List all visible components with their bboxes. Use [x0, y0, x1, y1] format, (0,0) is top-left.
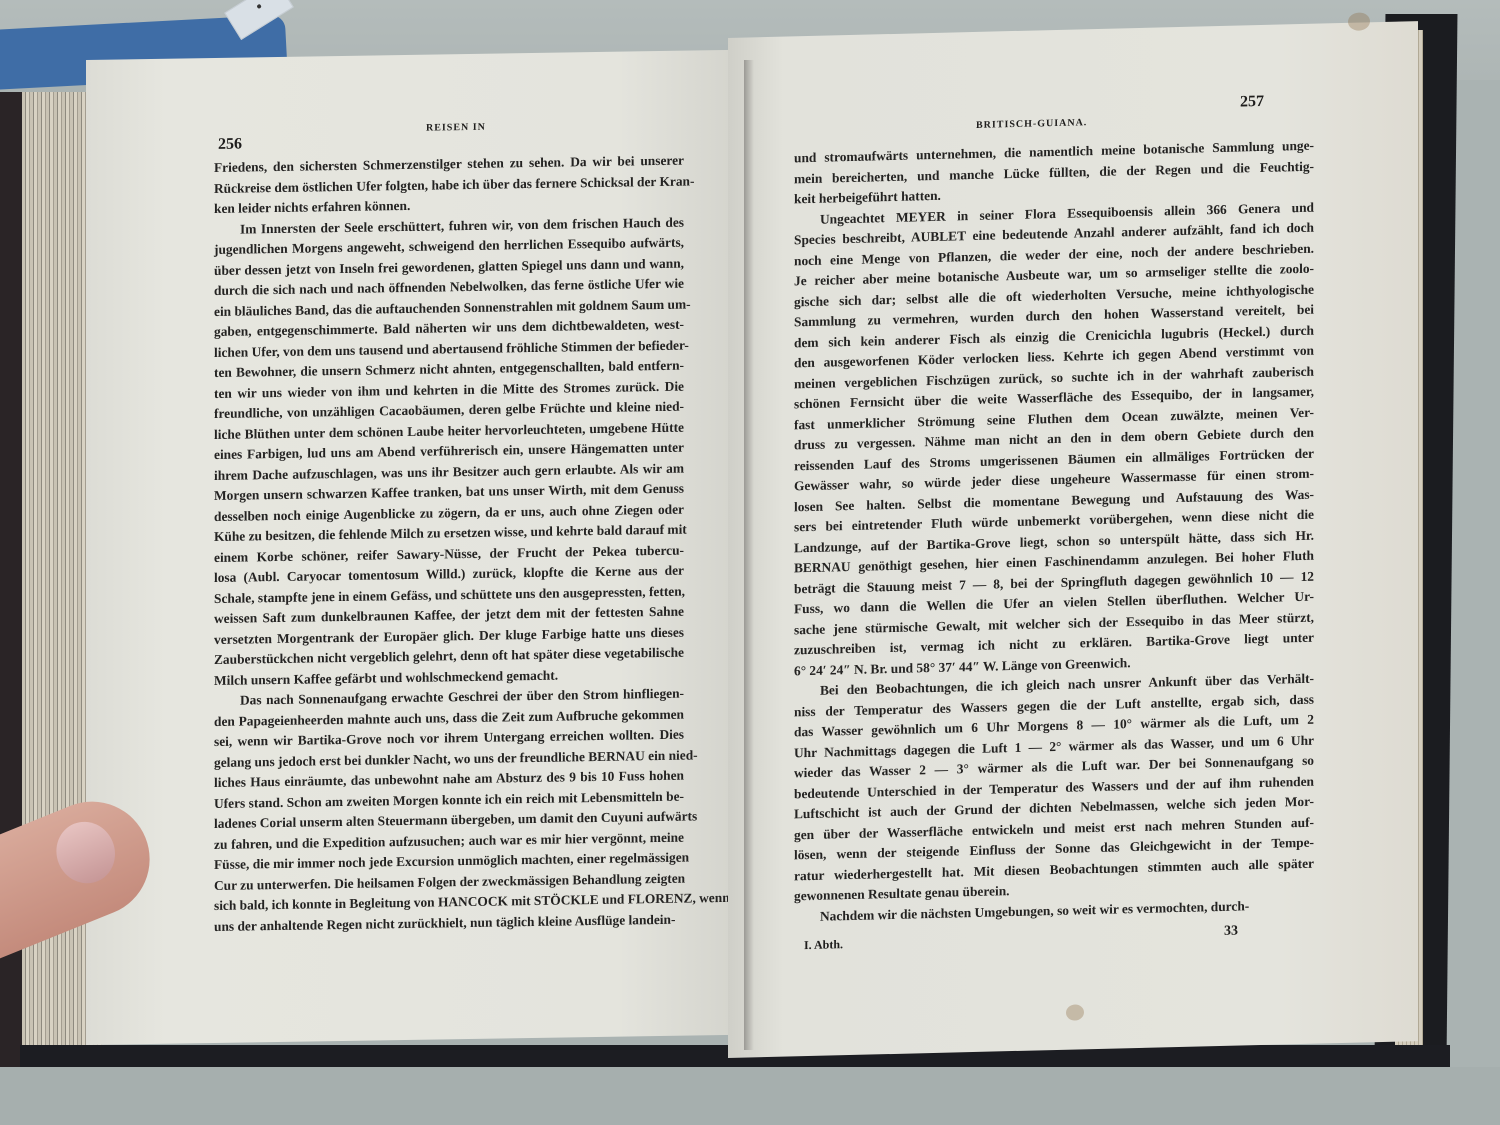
right-page: 257 BRITISCH-GUIANA. und stromaufwärts u… [728, 21, 1418, 1058]
page-number: 257 [1240, 93, 1264, 112]
body-text: und stromaufwärts unternehmen, die namen… [794, 136, 1314, 928]
running-head: BRITISCH-GUIANA. [976, 117, 1087, 131]
signature-mark: I. Abth. [804, 937, 843, 953]
running-head: REISEN IN [426, 122, 486, 134]
body-text: Friedens, den sichersten Schmerzenstilge… [214, 151, 684, 937]
tag-hole [256, 4, 262, 10]
sheet-number: 33 [1224, 924, 1238, 940]
foxing-stain [1066, 1004, 1084, 1020]
table-surface [0, 1067, 1500, 1125]
page-number: 256 [218, 136, 242, 154]
book-gutter [744, 60, 754, 1050]
thumbnail [47, 813, 124, 892]
left-page: 256 REISEN IN Friedens, den sichersten S… [86, 50, 750, 1045]
foxing-stain [1348, 12, 1370, 31]
